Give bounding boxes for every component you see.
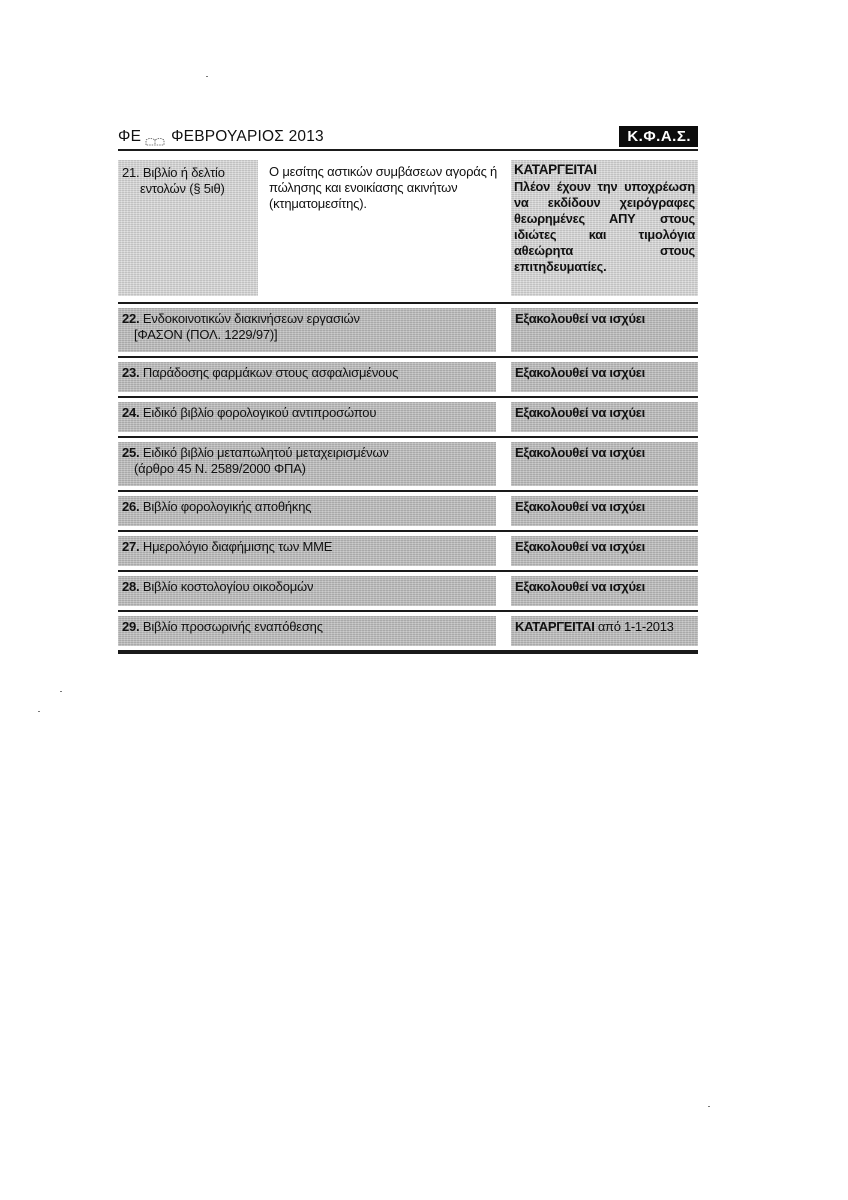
row-number: 25. [122,445,139,460]
row-status: Εξακολουθεί να ισχύει [515,539,645,554]
row-number: 29. [122,619,139,634]
table-row-27: 27. Ημερολόγιο διαφήμισης των ΜΜΕ Εξακολ… [118,532,698,570]
row-status: Εξακολουθεί να ισχύει [515,499,645,514]
row-status-cell: Εξακολουθεί να ισχύει [511,442,698,486]
row-label-cell: 28. Βιβλίο κοστολογίου οικοδομών [118,576,496,606]
row-label-line2: [ΦΑΣΟΝ (ΠΟΛ. 1229/97)] [122,327,360,343]
row21-label-cell: 21. Βιβλίο ή δελτίο εντολών (§ 5ιθ) [118,160,258,296]
row-status-cell: Εξακολουθεί να ισχύει [511,402,698,432]
row-status-cell: Εξακολουθεί να ισχύει [511,576,698,606]
row-divider [118,650,698,654]
row-label: Βιβλίο κοστολογίου οικοδομών [139,579,313,594]
row-label-cell: 23. Παράδοσης φαρμάκων στους ασφαλισμένο… [118,362,496,392]
row-label-cell: 22. Ενδοκοινοτικών διακινήσεων εργασιών … [118,308,496,352]
table-row-28: 28. Βιβλίο κοστολογίου οικοδομών Εξακολο… [118,572,698,610]
row-label: Ημερολόγιο διαφήμισης των ΜΜΕ [139,539,332,554]
row-label: Βιβλίο προσωρινής εναπόθεσης [139,619,322,634]
table-row-26: 26. Βιβλίο φορολογικής αποθήκης Εξακολου… [118,492,698,530]
table-row-29: 29. Βιβλίο προσωρινής εναπόθεσης ΚΑΤΑΡΓΕ… [118,612,698,650]
row-number: 28. [122,579,139,594]
row21-label-line1: 21. Βιβλίο ή δελτίο [122,165,225,180]
row-label: Παράδοσης φαρμάκων στους ασφαλισμένους [139,365,398,380]
page-header: ΦΕ ΦΕΒΡΟΥΑΡΙΟΣ 2013 Κ.Φ.Α.Σ. [118,126,698,148]
row-label: Ειδικό βιβλίο μεταπωλητού μεταχειρισμένω… [139,445,388,460]
table-row-25: 25. Ειδικό βιβλίο μεταπωλητού μεταχειρισ… [118,438,698,490]
header-title-group: ΦΕ ΦΕΒΡΟΥΑΡΙΟΣ 2013 [118,128,324,146]
row-status: Εξακολουθεί να ισχύει [515,445,645,460]
header-title: ΦΕΒΡΟΥΑΡΙΟΣ 2013 [171,128,324,146]
table-row-21: 21. Βιβλίο ή δελτίο εντολών (§ 5ιθ) Ο με… [118,160,698,302]
row-status: Εξακολουθεί να ισχύει [515,405,645,420]
row-status-detail: από 1-1-2013 [595,619,674,634]
header-badge: Κ.Φ.Α.Σ. [619,126,698,147]
row21-status-body: Πλέον έχουν την υποχρέωση να εκδίδουν χε… [514,179,695,275]
header-prefix: ΦΕ [118,128,141,146]
row-status: ΚΑΤΑΡΓΕΙΤΑΙ [515,619,595,634]
row-number: 23. [122,365,139,380]
row-number: 26. [122,499,139,514]
row-status-cell: Εξακολουθεί να ισχύει [511,536,698,566]
row-label-cell: 25. Ειδικό βιβλίο μεταπωλητού μεταχειρισ… [118,442,496,486]
row-status: Εξακολουθεί να ισχύει [515,365,645,380]
row-label: Ειδικό βιβλίο φορολογικού αντιπροσώπου [139,405,376,420]
row-number: 22. [122,311,139,326]
row-status-cell: Εξακολουθεί να ισχύει [511,362,698,392]
row-label: Βιβλίο φορολογικής αποθήκης [139,499,311,514]
row-label-cell: 24. Ειδικό βιβλίο φορολογικού αντιπροσώπ… [118,402,496,432]
books-table: 21. Βιβλίο ή δελτίο εντολών (§ 5ιθ) Ο με… [118,160,698,654]
row21-status-cell: ΚΑΤΑΡΓΕΙΤΑΙ Πλέον έχουν την υποχρέωση να… [511,160,698,296]
row-label-cell: 29. Βιβλίο προσωρινής εναπόθεσης [118,616,496,646]
row-status: Εξακολουθεί να ισχύει [515,579,645,594]
book-icon [145,133,165,143]
row-status-cell: Εξακολουθεί να ισχύει [511,308,698,352]
row-label-cell: 27. Ημερολόγιο διαφήμισης των ΜΜΕ [118,536,496,566]
row-label-line2: (άρθρο 45 Ν. 2589/2000 ΦΠΑ) [122,461,389,477]
row-label-cell: 26. Βιβλίο φορολογικής αποθήκης [118,496,496,526]
row-status-cell: ΚΑΤΑΡΓΕΙΤΑΙ από 1-1-2013 [511,616,698,646]
row-status-cell: Εξακολουθεί να ισχύει [511,496,698,526]
row21-description: Ο μεσίτης αστικών συμβάσεων αγοράς ή πώλ… [269,164,504,212]
row21-label-line2: εντολών (§ 5ιθ) [122,181,225,197]
header-rule [118,149,698,151]
row-label: Ενδοκοινοτικών διακινήσεων εργασιών [139,311,359,326]
table-row-24: 24. Ειδικό βιβλίο φορολογικού αντιπροσώπ… [118,398,698,436]
row-number: 24. [122,405,139,420]
document-page: ΦΕ ΦΕΒΡΟΥΑΡΙΟΣ 2013 Κ.Φ.Α.Σ. 21. Βιβλίο … [118,126,698,148]
row-status: Εξακολουθεί να ισχύει [515,311,645,326]
row-number: 27. [122,539,139,554]
row21-status-title: ΚΑΤΑΡΓΕΙΤΑΙ [514,162,597,177]
table-row-23: 23. Παράδοσης φαρμάκων στους ασφαλισμένο… [118,358,698,396]
table-row-22: 22. Ενδοκοινοτικών διακινήσεων εργασιών … [118,304,698,356]
rows-container: 22. Ενδοκοινοτικών διακινήσεων εργασιών … [118,304,698,654]
